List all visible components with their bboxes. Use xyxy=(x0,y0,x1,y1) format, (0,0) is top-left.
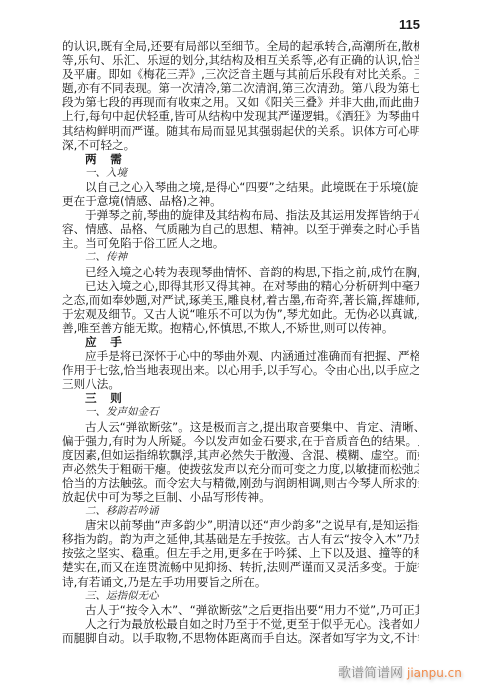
paragraph-start-line: 于弹琴之前,琴曲的旋律及其结构布局、指法及其运用发挥皆纳于心,将琴曲的内 xyxy=(62,208,419,222)
watermark-chinese: 歌谱简谱网 xyxy=(338,666,403,681)
watermark: 歌谱简谱网jianpu.cn xyxy=(338,662,462,681)
text-line: 按弦之坚实、稳重。但左手之用,更多在于吟猱、上下以及退、撞等的移动时的明确肯定清 xyxy=(62,546,419,560)
text-line: 恰当的方法触弦。而令宏大与精微,刚劲与润朗相调,则古今琴人所求的金石之声,在收 xyxy=(62,476,419,490)
paragraph-end-line: 主。当可免陷于俗工匠人之地。 xyxy=(62,236,419,250)
text-line: 及平庸。即如《梅花三弄》,三次泛音主题与其前后乐段有对比关系。三次出现之泛音主 xyxy=(62,67,419,81)
text-line: 度因素,但如运指绵软飘浮,其声必然失于散漫、含混、模糊、虚空。而如运指生硬暴烈,… xyxy=(62,448,419,462)
section-heading: 应 手 xyxy=(62,335,419,349)
text-line: 声必然失于粗砺干瘪。使拨弦发声以充分而可变之力度,以敏捷而松弛之运指,以正确而 xyxy=(62,462,419,476)
subsection-heading: 一、入境 xyxy=(62,166,419,180)
text-line: 移指为韵。韵为声之延伸,其基础是左手按弦。古人有云“按令入木”乃是极而言之,提出 xyxy=(62,532,419,546)
text-line: 其结构鲜明而严谨。随其布局而显见其强弱起伏的关系。识体方可心明,心明方可致精 xyxy=(62,124,419,138)
paragraph-end-line: 深,不可轻之。 xyxy=(62,138,419,152)
paragraph-end-line: 三则八法。 xyxy=(62,377,419,391)
section-heading: 两 需 xyxy=(62,152,419,166)
paragraph-start-line: 唐宋以前琴曲“声多韵少”,明清以还“声少韵多”之说早有,是知运指拨弦为声按弦 xyxy=(62,518,419,532)
paragraph-start-line: 已达入境之心,即得其形又得其神。在对琴曲的精心分析研判中毫无轻慢之心、玩忽 xyxy=(62,279,419,293)
page-number: 115 xyxy=(392,17,420,32)
page-body: 的认识,既有全局,还要有局部以至细节。全局的起承转合,高潮所在,散板入拍的起收等… xyxy=(62,39,419,645)
paragraph-end-line: 放起伏中可为琴之巨制、小品写形传神。 xyxy=(62,490,419,504)
paragraph-start-line: 古人云“弹欲断弦”。这是极而言之,提出取音要集中、肯定、清晰、实在。因用“断”字… xyxy=(62,420,419,434)
text-line: 的认识,既有全局,还要有局部以至细节。全局的起承转合,高潮所在,散板入拍的起收 xyxy=(62,39,419,53)
text-line: 作用于七弦,恰当地表现出来。以心用手,以手写心。令由心出,以手应之。手之写心,在 xyxy=(62,363,419,377)
subsection-heading: 一、发声如金石 xyxy=(62,405,419,419)
paragraph-end-line: 善,唯至善方能无欺。抱精心,怀慎思,不欺人,不矫世,则可以传神。 xyxy=(62,321,419,335)
subsection-heading: 三、运指似无心 xyxy=(62,589,419,603)
paragraph-start-line: 已经入境之心转为表现琴曲情怀、音韵的构思,下指之前,成竹在胸,乃是传神之途。 xyxy=(62,265,419,279)
paragraph-end-line: 诗,有若诵文,乃是左手功用要旨之所在。 xyxy=(62,575,419,589)
text-line: 楚实在,而又在连贯流畅中见抑扬、转折,法则严谨而又灵活多变。于旋律的表现有若吟 xyxy=(62,560,419,574)
text-line: 偏于强力,有时为人所疑。今以发声如金石要求,在于音质音色的结果。虽不含下指的力 xyxy=(62,434,419,448)
subsection-heading: 二、传神 xyxy=(62,250,419,264)
paragraph-end-line: 更在于意境(情感、品格)之神。 xyxy=(62,194,419,208)
text-line: 之态,而如奉妙题,对严试,琢美玉,雕良材,着古墨,布奇弈,著长篇,挥雄师,用慎思… xyxy=(62,293,419,307)
section-heading: 三 则 xyxy=(62,391,419,405)
text-line: 容、情感、品格、气质融为自己的思想、精神。以至于弹奏之时心手皆有所据、音韵皆有所 xyxy=(62,222,419,236)
paragraph-start-line: 古人于“按令入木”、“弹欲断弦”之后更指出要“用力不觉”,乃可正其义而释人疑。 xyxy=(62,603,419,617)
text-line: 而腿脚自动。以手取物,不思物体距离而手自达。深者如写字为文,不计笔划而成行。皆 xyxy=(62,631,419,645)
paragraph-start-line: 应手是将已深怀于心中的琴曲外观、内涵通过准确而有把握、严格而又多变的双手, xyxy=(62,349,419,363)
paragraph-start-line: 人之行为最放松最自如之时乃至于不觉,更至于似乎无心。浅者如人行路,不想腿脚 xyxy=(62,617,419,631)
text-line: 段为第七段的再现而有收束之用。又如《阳关三叠》并非大曲,而此曲开始句句紧扣,逐步 xyxy=(62,95,419,109)
text-line: 等,乐句、乐汇、乐逗的划分,其结构及相互关系等,必有正确的认识,恰当安排,以免失… xyxy=(62,53,419,67)
text-line: 上行,每句中起伏轻重,皆可从结构中发现其严谨逻辑。《酒狂》为琴曲中极为精致小品, xyxy=(62,109,419,123)
text-line: 于宏观及细节。又古人说“唯乐不可以为伪”,琴尤如此。无伪必以真诚,真诚之境在于至 xyxy=(62,307,419,321)
paragraph-start-line: 以自己之心入琴曲之境,是得心“四要”之结果。此境既在于乐境(旋律、奏法)之形, xyxy=(62,180,419,194)
subsection-heading: 二、移韵若吟诵 xyxy=(62,504,419,518)
text-line: 题,亦有不同表现。第一次清冷,第二次清润,第三次清劲。第八段为第七段的补充,第九 xyxy=(62,81,419,95)
watermark-latin: jianpu.cn xyxy=(407,666,462,680)
